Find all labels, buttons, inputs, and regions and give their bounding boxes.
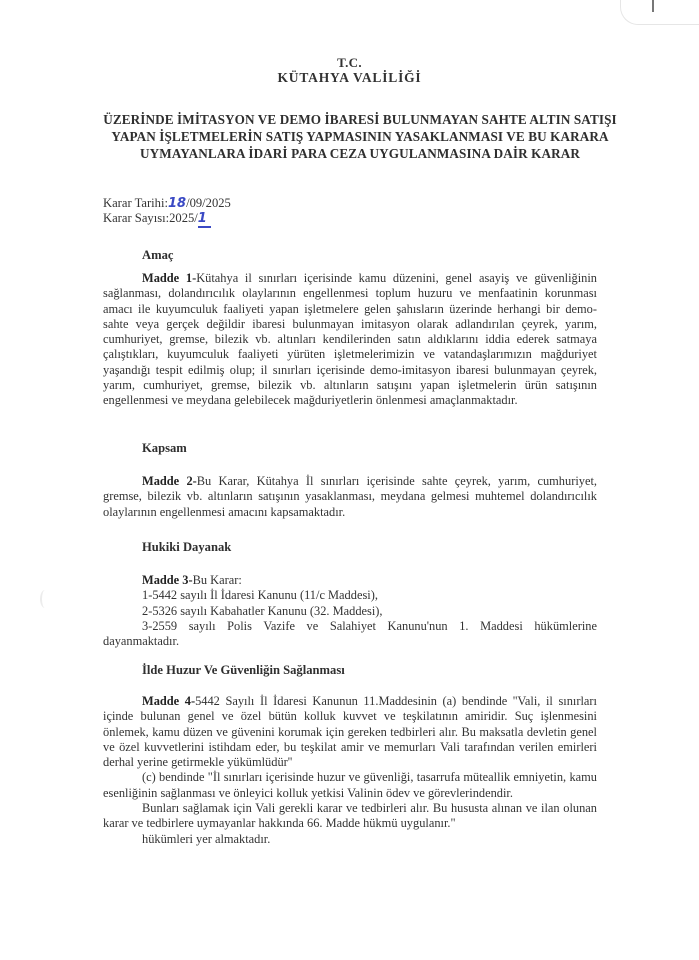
decision-date: Karar Tarihi:18/09/2025 [103, 196, 231, 211]
page-number-mark [652, 0, 654, 12]
handwritten-number: 1 [198, 211, 211, 228]
article-4-lead: Madde 4- [142, 694, 195, 708]
header-authority: KÜTAHYA VALİLİĞİ [0, 70, 699, 85]
article-line: derhal yerine getirmekle yükümlüdür'' [103, 755, 597, 770]
article-line: Madde 3-Bu Karar: [103, 573, 597, 588]
article-line: karar ve tedbirlere uymayanlar hakkında … [103, 816, 597, 831]
article-line: gremse, bilezik vb. altınların satışının… [103, 489, 597, 504]
article-line: engellenmesi ve meydana gelebilecek mağd… [103, 393, 597, 408]
article-line: dayanmaktadır. [103, 634, 597, 649]
decision-number-label: Karar Sayısı:2025/ [103, 211, 198, 225]
article-line: cumhuriyet, gremse, bilezik vb. altınlar… [103, 332, 597, 347]
article-line: Madde 1-Kütahya il sınırları içerisinde … [103, 271, 597, 286]
heading-huzur-guvenlik: İlde Huzur Ve Güvenliğin Sağlanması [142, 663, 345, 678]
heading-amac: Amaç [142, 248, 173, 263]
heading-kapsam: Kapsam [142, 441, 187, 456]
article-line: esenliğinin sağlanması ve önleyici kollu… [103, 786, 597, 801]
title-line: UYMAYANLARA İDARİ PARA CEZA UYGULANMASIN… [60, 145, 660, 162]
page-corner-fold [620, 0, 699, 25]
article-line: sağlanması, dolandırıcılık olaylarının e… [103, 286, 597, 301]
article-3-lead: Madde 3- [142, 573, 193, 587]
article-line: olaylarının engellenmesi amacını kapsama… [103, 505, 597, 520]
article-line: yaşandığı tespit edilmiş olup; il sınırl… [103, 363, 597, 378]
heading-hukuki-dayanak: Hukiki Dayanak [142, 540, 231, 555]
article-4: Madde 4-5442 Sayılı İl İdaresi Kanunun 1… [103, 694, 597, 847]
article-1-lead: Madde 1- [142, 271, 196, 285]
article-line: (c) bendinde "İl sınırları içerisinde hu… [103, 770, 597, 785]
handwritten-day: 18 [168, 196, 186, 211]
article-3: Madde 3-Bu Karar: 1-5442 sayılı İl İdare… [103, 573, 597, 649]
article-line: Madde 2-Bu Karar, Kütahya İl sınırları i… [103, 474, 597, 489]
article-line: içinde bulunan genel ve özel bütün kollu… [103, 709, 597, 724]
title-line: ÜZERİNDE İMİTASYON VE DEMO İBARESİ BULUN… [60, 111, 660, 128]
document-header: T.C. KÜTAHYA VALİLİĞİ [0, 55, 699, 85]
scan-smudge [40, 590, 50, 608]
decision-meta: Karar Tarihi:18/09/2025 Karar Sayısı:202… [103, 196, 231, 226]
legal-basis-item: 2-5326 sayılı Kabahatler Kanunu (32. Mad… [103, 604, 597, 619]
legal-basis-item: 1-5442 sayılı İl İdaresi Kanunu (11/c Ma… [103, 588, 597, 603]
article-line: Bunları sağlamak için Vali gerekli karar… [103, 801, 597, 816]
title-line: YAPAN İŞLETMELERİN SATIŞ YAPMASININ YASA… [60, 128, 660, 145]
decision-date-rest: /09/2025 [186, 196, 231, 210]
decision-date-label: Karar Tarihi: [103, 196, 168, 210]
legal-basis-item: 3-2559 sayılı Polis Vazife ve Salahiyet … [103, 619, 597, 634]
decision-number: Karar Sayısı:2025/1 [103, 211, 231, 226]
article-2: Madde 2-Bu Karar, Kütahya İl sınırları i… [103, 474, 597, 520]
header-tc: T.C. [0, 55, 699, 70]
article-line: önlemek, kamu düzen ve güvenini korumak … [103, 725, 597, 740]
article-closing: hükümleri yer almaktadır. [103, 832, 597, 847]
article-line: yarım, cumhuriyet, gremse, bilezik vb. a… [103, 378, 597, 393]
document-title: ÜZERİNDE İMİTASYON VE DEMO İBARESİ BULUN… [60, 111, 660, 162]
article-line: ve özel kuvvetlerini istihdam eder, bu t… [103, 740, 597, 755]
article-1: Madde 1-Kütahya il sınırları içerisinde … [103, 271, 597, 409]
article-line: çalıştıkları, kuyumculuk faaliyeti yürüt… [103, 347, 597, 362]
article-line: amacı ile kuyumculuk faaliyeti yapan işl… [103, 302, 597, 317]
article-2-lead: Madde 2- [142, 474, 197, 488]
article-line: Madde 4-5442 Sayılı İl İdaresi Kanunun 1… [103, 694, 597, 709]
article-line: sahte veya gerçek değildir ibaresi bulun… [103, 317, 597, 332]
